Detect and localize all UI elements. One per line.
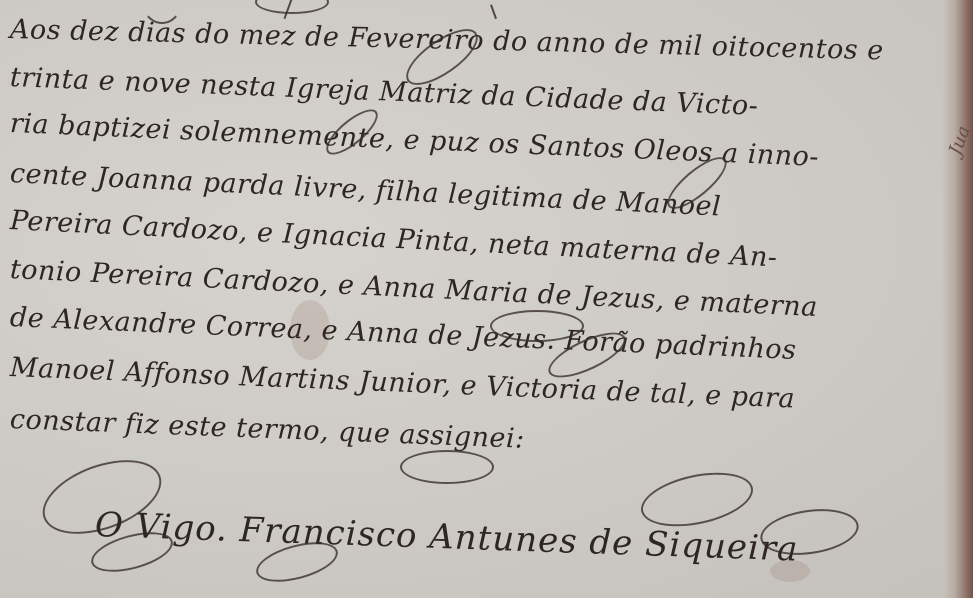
ink-stroke: [490, 4, 497, 19]
ink-flourish: [490, 310, 584, 342]
book-gutter: [943, 0, 973, 598]
manuscript-line-9: constar fiz este termo, que assignei:: [9, 404, 525, 455]
manuscript-page: Aos dez dias do mez de Fevereiro do anno…: [0, 0, 973, 598]
manuscript-line-8: Manoel Affonso Martins Junior, e Victori…: [9, 352, 795, 415]
ink-flourish: [255, 0, 329, 14]
ink-flourish: [400, 450, 494, 484]
